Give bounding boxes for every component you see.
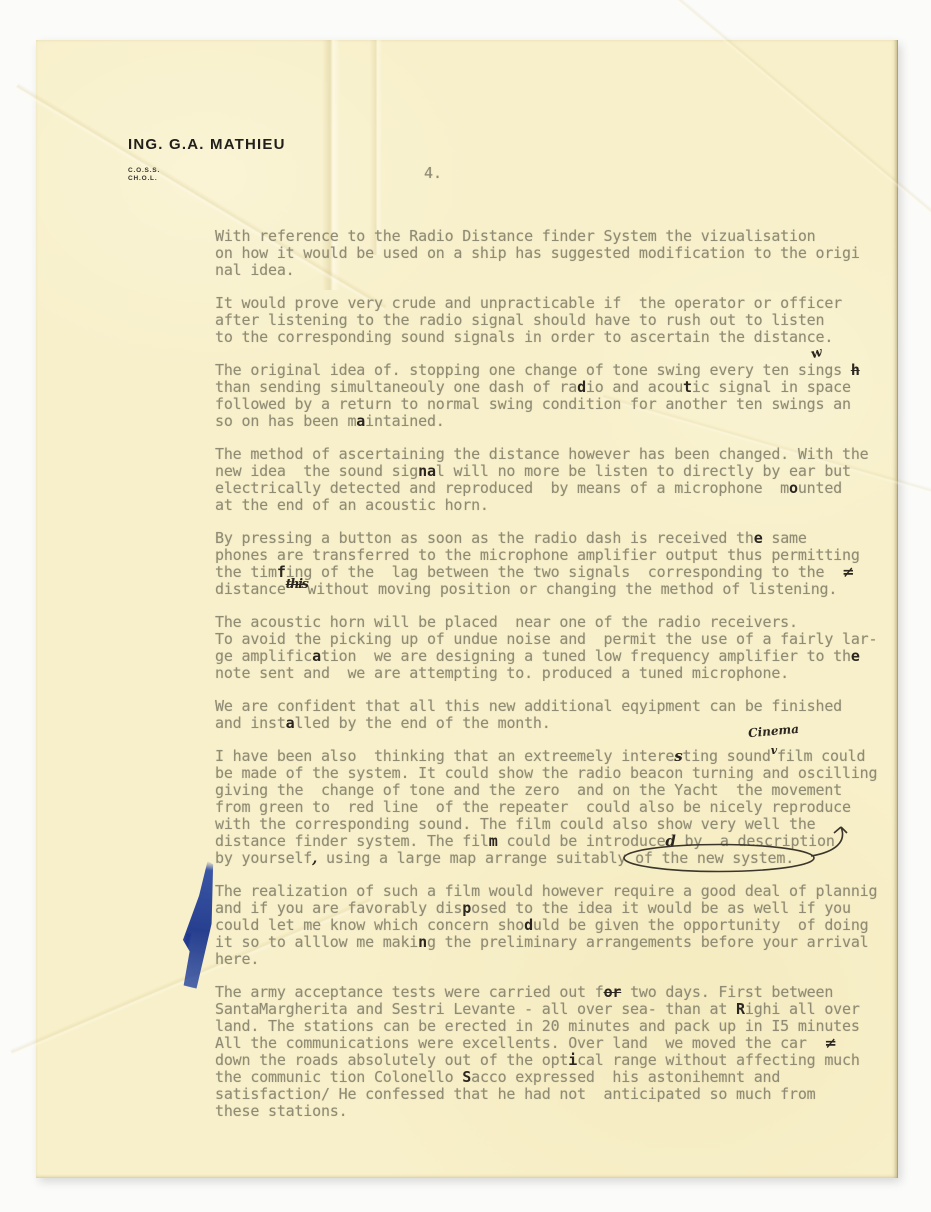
typed-text: With reference to the Radio Distance fin… (215, 227, 816, 245)
letterhead-name: ING. G.A. MATHIEU (128, 136, 286, 153)
typed-text: could let me know which concern sho (215, 916, 524, 934)
typed-text: so on has been m (215, 412, 356, 430)
ink-correction: d (665, 832, 675, 850)
typed-text: of the new system. (635, 849, 794, 867)
text-line: SantaMargherita and Sestri Levante - all… (215, 1001, 877, 1018)
text-line: to the corresponding sound signals in or… (215, 329, 877, 346)
paragraph: We are confident that all this new addit… (215, 698, 877, 732)
typed-text: The realization of such a film would how… (215, 882, 877, 900)
text-line: down the roads absolutely out of the opt… (215, 1052, 877, 1069)
ink-correction: or (604, 983, 622, 1001)
text-line: here. (215, 951, 877, 968)
typed-text: from green to red line of the repeater c… (215, 798, 851, 816)
text-line: and installed by the end of the month. (215, 715, 877, 732)
ink-correction: ≠ (842, 563, 854, 581)
ink-correction: v (771, 744, 777, 757)
text-line: distancethiswithout moving position or c… (215, 581, 877, 598)
typed-text: The acoustic horn will be placed near on… (215, 613, 798, 631)
ink-correction: o (789, 479, 798, 497)
letterhead: ING. G.A. MATHIEU C.O.S.S. CH.O.L. (128, 136, 286, 182)
typed-text: film could (777, 747, 865, 765)
ink-correction: t (683, 378, 692, 396)
typed-text: at the end of an acoustic horn. (215, 496, 489, 514)
typed-text: be made of the system. It could show the… (215, 764, 877, 782)
typed-text: ge amplific (215, 647, 312, 665)
paragraph: With reference to the Radio Distance fin… (215, 228, 877, 279)
ink-correction: d (524, 916, 533, 934)
typed-text: new idea the sound sig (215, 462, 418, 480)
typed-text: io and acou (586, 378, 683, 396)
typed-text: down the roads absolutely out of the opt (215, 1051, 568, 1069)
typed-text: cal range without affecting much (577, 1051, 860, 1069)
paragraph: The method of ascertaining the distance … (215, 446, 877, 514)
typed-text: with the corresponding sound. The film c… (215, 815, 816, 833)
typed-text: to the corresponding sound signals in or… (215, 328, 833, 346)
text-line: note sent and we are attempting to. prod… (215, 665, 877, 682)
paper-crease (672, 0, 931, 220)
text-line: All the communications were excellents. … (215, 1035, 877, 1052)
ink-correction: this (286, 577, 308, 592)
typed-text: phones are transferred to the microphone… (215, 546, 860, 564)
text-line: could let me know which concern shoduld … (215, 917, 877, 934)
text-line: It would prove very crude and unpractica… (215, 295, 877, 312)
typed-text: lled by the end of the month. (295, 714, 551, 732)
ink-correction: R (736, 1000, 745, 1018)
text-line: land. The stations can be erected in 20 … (215, 1018, 877, 1035)
ink-correction: a (356, 412, 365, 430)
ink-correction: S (462, 1068, 471, 1086)
text-line: the communic tion Colonello Sacco expres… (215, 1069, 877, 1086)
ink-correction: f (277, 563, 286, 581)
paragraph: The realization of such a film would how… (215, 883, 877, 968)
typed-text: osed to the idea it would be as well if … (471, 899, 851, 917)
typed-text: land. The stations can be erected in 20 … (215, 1017, 860, 1035)
paragraph: It would prove very crude and unpractica… (215, 295, 877, 346)
letterhead-org-line1: C.O.S.S. (128, 167, 286, 174)
text-line: it so to alllow me making the preliminar… (215, 934, 877, 951)
typed-text: ic signal in space (692, 378, 851, 396)
typed-text: electrically detected and reproduced by … (215, 479, 789, 497)
text-line: The original idea of. stopping one chang… (215, 362, 877, 379)
typed-text: could be introduce (498, 832, 666, 850)
text-line: satisfaction/ He confessed that he had n… (215, 1086, 877, 1103)
typed-text: SantaMargherita and Sestri Levante - all… (215, 1000, 736, 1018)
ink-correction: e (851, 647, 860, 665)
typed-text: it so to alllow me maki (215, 933, 418, 951)
text-line: at the end of an acoustic horn. (215, 497, 877, 514)
typed-text: satisfaction/ He confessed that he had n… (215, 1085, 816, 1103)
typed-text: unted (798, 479, 842, 497)
ink-correction: m (489, 832, 498, 850)
typed-text: uld be given the opportunity of doing (533, 916, 869, 934)
paper-crease (368, 40, 384, 255)
ink-correction: a (312, 647, 321, 665)
typed-text: tion we are designing a tuned low freque… (321, 647, 851, 665)
typed-text: by a description (676, 832, 835, 850)
text-line: new idea the sound signal will no more b… (215, 463, 877, 480)
text-line: I have been also thinking that an extree… (215, 748, 877, 765)
letter-page: ING. G.A. MATHIEU C.O.S.S. CH.O.L. 4. Wi… (36, 40, 898, 1178)
ink-correction: d (577, 378, 586, 396)
typed-text: ighi all over (745, 1000, 860, 1018)
text-line: ge amplification we are designing a tune… (215, 648, 877, 665)
paragraph: The original idea of. stopping one chang… (215, 362, 877, 430)
text-line: With reference to the Radio Distance fin… (215, 228, 877, 245)
typed-text: I have been also thinking that an extree… (215, 747, 674, 765)
paragraph: The acoustic horn will be placed near on… (215, 614, 877, 682)
paragraph: By pressing a button as soon as the radi… (215, 530, 877, 598)
ink-correction: p (462, 899, 471, 917)
typed-text: g the preliminary arrangements before yo… (427, 933, 869, 951)
text-line: on how it would be used on a ship has su… (215, 245, 877, 262)
typed-text: All the communications were excellents. … (215, 1034, 824, 1052)
typed-text: nal idea. (215, 261, 294, 279)
typed-text: using a large map arrange suitably (317, 849, 635, 867)
paragraph: The army acceptance tests were carried o… (215, 984, 877, 1120)
letterhead-org-line2: CH.O.L. (128, 175, 286, 182)
typed-text: by yourself (215, 849, 312, 867)
text-line: so on has been maintained. (215, 413, 877, 430)
typed-text: after listening to the radio signal shou… (215, 311, 824, 329)
typed-text: By pressing a button as soon as the radi… (215, 529, 754, 547)
typed-text: giving the change of tone and the zero a… (215, 781, 842, 799)
text-line: electrically detected and reproduced by … (215, 480, 877, 497)
text-line: and if you are favorably disposed to the… (215, 900, 877, 917)
letter-body: With reference to the Radio Distance fin… (215, 228, 877, 1136)
text-line: phones are transferred to the microphone… (215, 547, 877, 564)
ink-correction: na (418, 462, 436, 480)
text-line: distance finder system. The film could b… (215, 833, 877, 850)
ink-correction: h (851, 361, 860, 379)
typed-text: than sending simultaneouly one dash of r… (215, 378, 577, 396)
typed-text: here. (215, 950, 259, 968)
typed-text: ting sound (682, 747, 770, 765)
ink-correction: e (754, 529, 763, 547)
paragraph: I have been also thinking that an extree… (215, 748, 877, 867)
typed-text: To avoid the picking up of undue noise a… (215, 630, 877, 648)
typed-text: distance finder system. The fil (215, 832, 489, 850)
typed-text: The army acceptance tests were carried o… (215, 983, 604, 1001)
ink-correction: ≠ (824, 1034, 836, 1052)
typed-text: without moving position or changing the … (307, 580, 837, 598)
typed-text: The original idea of. stopping one chang… (215, 361, 851, 379)
text-line: these stations. (215, 1103, 877, 1120)
typed-text: the communic tion Colonello (215, 1068, 462, 1086)
text-line: nal idea. (215, 262, 877, 279)
text-line: the timfing of the lag between the two s… (215, 564, 877, 581)
page-number: 4. (424, 164, 442, 182)
typed-text: two days. First between (621, 983, 833, 1001)
typed-text: and if you are favorably dis (215, 899, 462, 917)
text-line: The acoustic horn will be placed near on… (215, 614, 877, 631)
text-line: by yourself, using a large map arrange s… (215, 850, 877, 867)
text-line: We are confident that all this new addit… (215, 698, 877, 715)
scanned-letter-page: { "document": { "letterhead": { "name": … (0, 0, 931, 1212)
ink-correction: a (286, 714, 295, 732)
typed-text: ing of the lag between the two signals c… (286, 563, 842, 581)
text-line: after listening to the radio signal shou… (215, 312, 877, 329)
text-line: To avoid the picking up of undue noise a… (215, 631, 877, 648)
text-line: By pressing a button as soon as the radi… (215, 530, 877, 547)
typed-text: the tim (215, 563, 277, 581)
typed-text: We are confident that all this new addit… (215, 697, 842, 715)
text-line: be made of the system. It could show the… (215, 765, 877, 782)
text-line: followed by a return to normal swing con… (215, 396, 877, 413)
text-line: with the corresponding sound. The film c… (215, 816, 877, 833)
text-line: giving the change of tone and the zero a… (215, 782, 877, 799)
typed-text: and inst (215, 714, 286, 732)
typed-text: distance (215, 580, 286, 598)
typed-text: l will no more be listen to directly by … (436, 462, 851, 480)
text-line: than sending simultaneouly one dash of r… (215, 379, 877, 396)
typed-text: The method of ascertaining the distance … (215, 445, 868, 463)
typed-text: these stations. (215, 1102, 347, 1120)
ink-correction: i (568, 1051, 577, 1069)
text-line: The realization of such a film would how… (215, 883, 877, 900)
typed-text: acco expressed his astonihemnt and (471, 1068, 780, 1086)
text-line: from green to red line of the repeater c… (215, 799, 877, 816)
typed-text: on how it would be used on a ship has su… (215, 244, 860, 262)
typed-text: note sent and we are attempting to. prod… (215, 664, 789, 682)
text-line: The army acceptance tests were carried o… (215, 984, 877, 1001)
text-line: The method of ascertaining the distance … (215, 446, 877, 463)
typed-text: intained. (365, 412, 444, 430)
typed-text: It would prove very crude and unpractica… (215, 294, 842, 312)
typed-text: followed by a return to normal swing con… (215, 395, 851, 413)
ink-correction: n (418, 933, 427, 951)
typed-text: same (763, 529, 807, 547)
